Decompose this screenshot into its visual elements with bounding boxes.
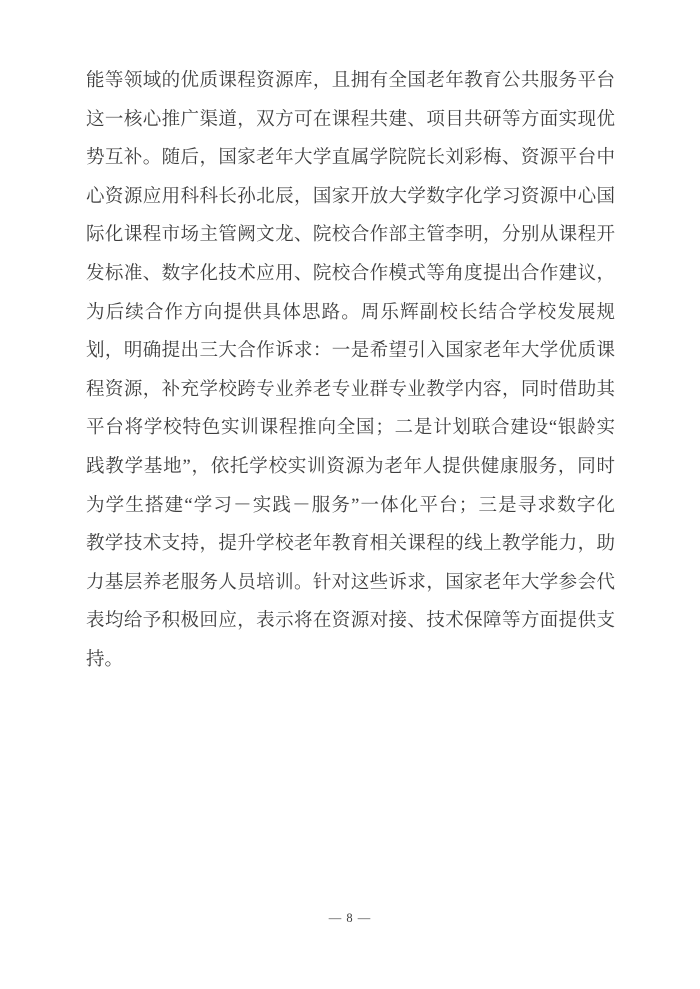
document-page: 能等领域的优质课程资源库，且拥有全国老年教育公共服务平台这一核心推广渠道，双方可… <box>0 0 700 989</box>
text-line: 为后续合作方向提供具体思路。周乐辉副校长结合学校发展规 <box>86 294 615 333</box>
text-line: 心资源应用科科长孙北辰，国家开放大学数字化学习资源中心国 <box>86 178 615 217</box>
text-line: 能等领域的优质课程资源库，且拥有全国老年教育公共服务平台 <box>86 62 615 101</box>
text-line: 程资源，补充学校跨专业养老专业群专业教学内容，同时借助其 <box>86 371 615 410</box>
text-line: 这一核心推广渠道，双方可在课程共建、项目共研等方面实现优 <box>86 101 615 140</box>
body-text: 能等领域的优质课程资源库，且拥有全国老年教育公共服务平台这一核心推广渠道，双方可… <box>86 62 615 680</box>
text-line: 践教学基地”，依托学校实训资源为老年人提供健康服务，同时 <box>86 448 615 487</box>
page-number: — 8 — <box>0 911 700 926</box>
text-line: 为学生搭建“学习－实践－服务”一体化平台；三是寻求数字化 <box>86 487 615 526</box>
text-line: 平台将学校特色实训课程推向全国；二是计划联合建设“银龄实 <box>86 409 615 448</box>
text-line: 教学技术支持，提升学校老年教育相关课程的线上教学能力，助 <box>86 525 615 564</box>
text-line: 发标准、数字化技术应用、院校合作模式等角度提出合作建议， <box>86 255 615 294</box>
text-line: 势互补。随后，国家老年大学直属学院院长刘彩梅、资源平台中 <box>86 139 615 178</box>
text-line: 力基层养老服务人员培训。针对这些诉求，国家老年大学参会代 <box>86 564 615 603</box>
text-line: 际化课程市场主管阙文龙、院校合作部主管李明，分别从课程开 <box>86 216 615 255</box>
text-line: 持。 <box>86 641 615 680</box>
text-line: 表均给予积极回应，表示将在资源对接、技术保障等方面提供支 <box>86 602 615 641</box>
text-line: 划，明确提出三大合作诉求：一是希望引入国家老年大学优质课 <box>86 332 615 371</box>
